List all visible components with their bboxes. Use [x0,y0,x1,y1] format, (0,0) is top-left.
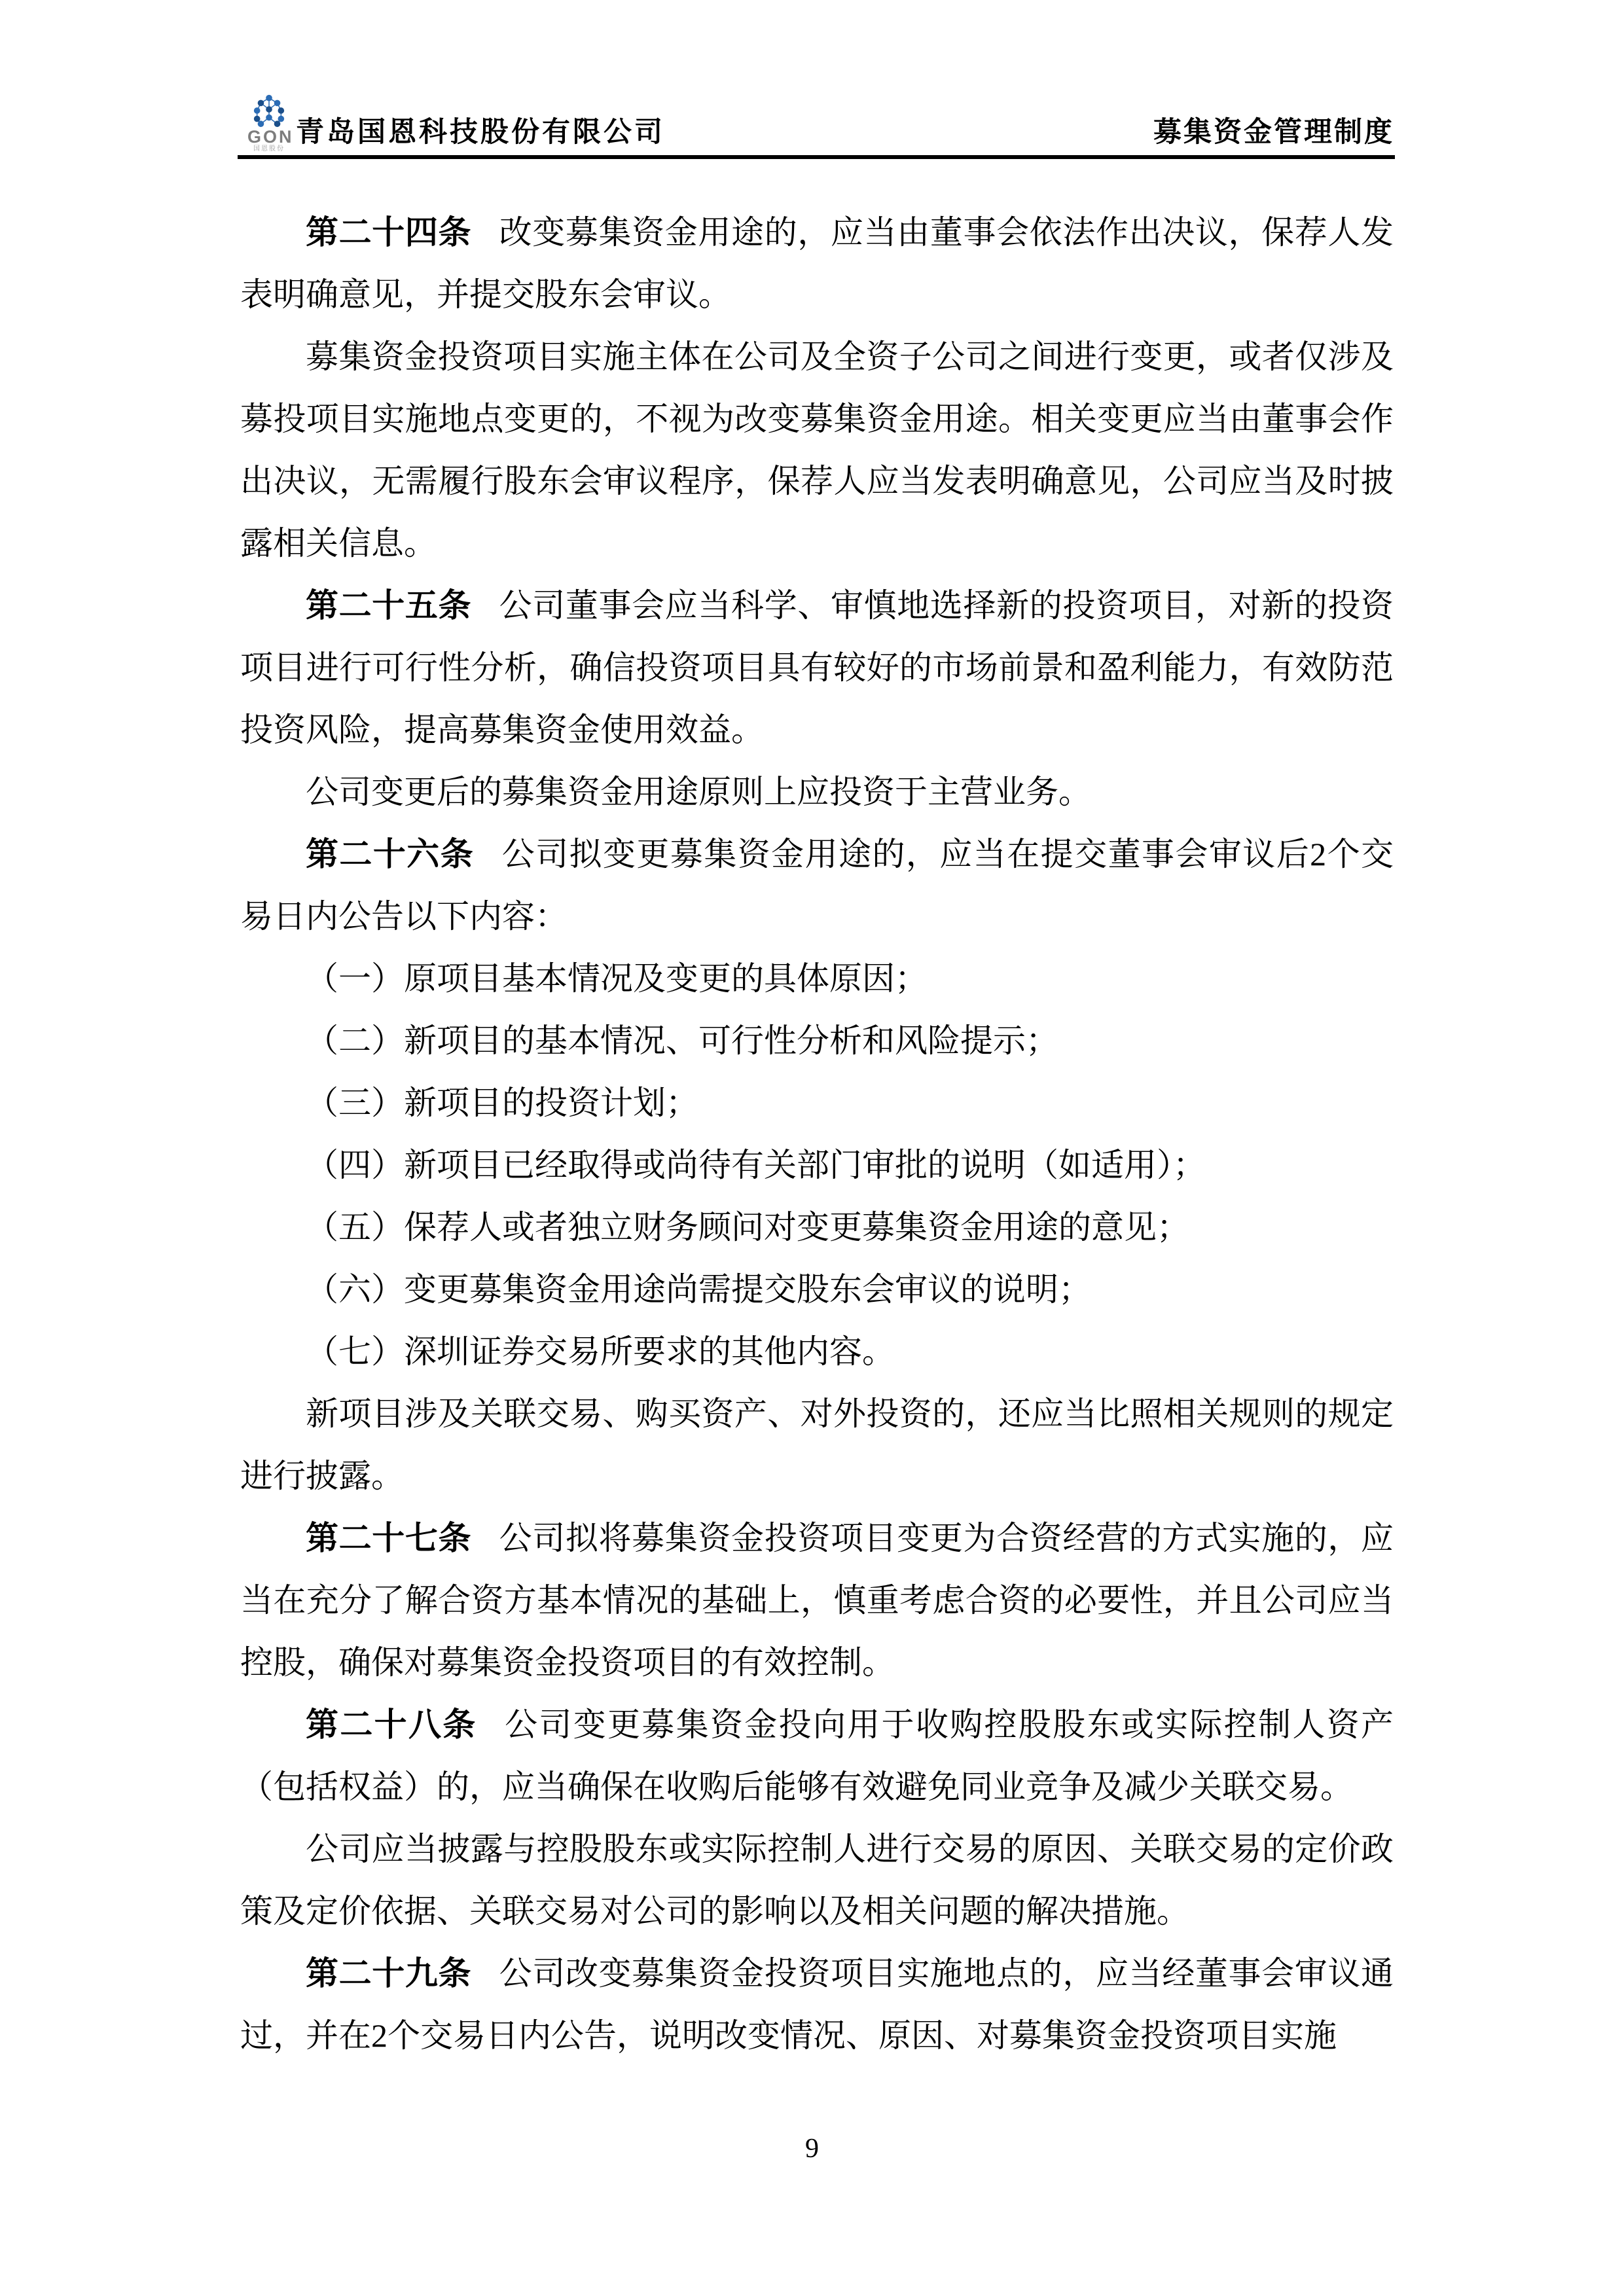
list-item: （七）深圳证券交易所要求的其他内容。 [240,1321,1394,1383]
document-title: 募集资金管理制度 [1153,118,1394,148]
document-body: 第二十四条改变募集资金用途的，应当由董事会依法作出决议，保荐人发表明确意见，并提… [240,202,1394,2067]
page-number: 9 [0,2132,1624,2165]
company-logo: GON 国恩股份 [247,93,291,152]
article-number: 第二十九条 [306,1955,471,1992]
list-item: （一）原项目基本情况及变更的具体原因； [240,948,1394,1010]
list-item: （五）保荐人或者独立财务顾问对变更募集资金用途的意见； [240,1196,1394,1259]
paragraph-text: （二）新项目的基本情况、可行性分析和风险提示； [306,1022,1058,1059]
list-item: （三）新项目的投资计划； [240,1072,1394,1134]
paragraph-text: 公司应当披露与控股股东或实际控制人进行交易的原因、关联交易的定价政策及定价依据、… [240,1831,1394,1929]
list-item: （二）新项目的基本情况、可行性分析和风险提示； [240,1010,1394,1072]
list-item: （四）新项目已经取得或尚待有关部门审批的说明（如适用）； [240,1134,1394,1196]
paragraph-text: 募集资金投资项目实施主体在公司及全资子公司之间进行变更，或者仅涉及募投项目实施地… [240,338,1394,562]
paragraph: 第二十八条公司变更募集资金投向用于收购控股股东或实际控制人资产（包括权益）的，应… [240,1694,1394,1818]
logo-subtext: 国恩股份 [247,146,291,152]
paragraph: 募集资金投资项目实施主体在公司及全资子公司之间进行变更，或者仅涉及募投项目实施地… [240,326,1394,575]
paragraph: 第二十五条公司董事会应当科学、审慎地选择新的投资项目，对新的投资项目进行可行性分… [240,575,1394,761]
paragraph: 公司应当披露与控股股东或实际控制人进行交易的原因、关联交易的定价政策及定价依据、… [240,1818,1394,1943]
paragraph-text: 公司变更后的募集资金用途原则上应投资于主营业务。 [306,774,1091,810]
paragraph-text: （三）新项目的投资计划； [306,1085,698,1121]
paragraph: 第二十七条公司拟将募集资金投资项目变更为合资经营的方式实施的，应当在充分了解合资… [240,1507,1394,1694]
article-number: 第二十八条 [306,1706,477,1743]
logo-text: GON [247,129,291,145]
article-number: 第二十四条 [306,214,471,251]
page-header: GON 国恩股份 青岛国恩科技股份有限公司 募集资金管理制度 [0,0,1624,164]
paragraph-text: （七）深圳证券交易所要求的其他内容。 [306,1333,895,1370]
paragraph: 新项目涉及关联交易、购买资产、对外投资的，还应当比照相关规则的规定进行披露。 [240,1383,1394,1507]
paragraph: 第二十六条公司拟变更募集资金用途的，应当在提交董事会审议后2个交易日内公告以下内… [240,823,1394,948]
article-number: 第二十六条 [306,836,474,872]
paragraph-text: 新项目涉及关联交易、购买资产、对外投资的，还应当比照相关规则的规定进行披露。 [240,1395,1394,1494]
molecule-logo-icon [252,93,286,128]
paragraph: 第二十九条公司改变募集资金投资项目实施地点的，应当经董事会审议通过，并在2个交易… [240,1943,1394,2067]
article-number: 第二十七条 [306,1520,471,1556]
paragraph-text: （四）新项目已经取得或尚待有关部门审批的说明（如适用）； [306,1147,1206,1183]
paragraph-text: （一）原项目基本情况及变更的具体原因； [306,960,928,997]
document-page: GON 国恩股份 青岛国恩科技股份有限公司 募集资金管理制度 第二十四条改变募集… [0,0,1624,2296]
paragraph: 第二十四条改变募集资金用途的，应当由董事会依法作出决议，保荐人发表明确意见，并提… [240,202,1394,326]
article-number: 第二十五条 [306,587,471,624]
list-item: （六）变更募集资金用途尚需提交股东会审议的说明； [240,1259,1394,1321]
paragraph-text: （五）保荐人或者独立财务顾问对变更募集资金用途的意见； [306,1209,1189,1246]
header-divider [238,155,1395,159]
paragraph: 公司变更后的募集资金用途原则上应投资于主营业务。 [240,761,1394,823]
paragraph-text: （六）变更募集资金用途尚需提交股东会审议的说明； [306,1271,1091,1308]
company-name: 青岛国恩科技股份有限公司 [296,118,665,148]
